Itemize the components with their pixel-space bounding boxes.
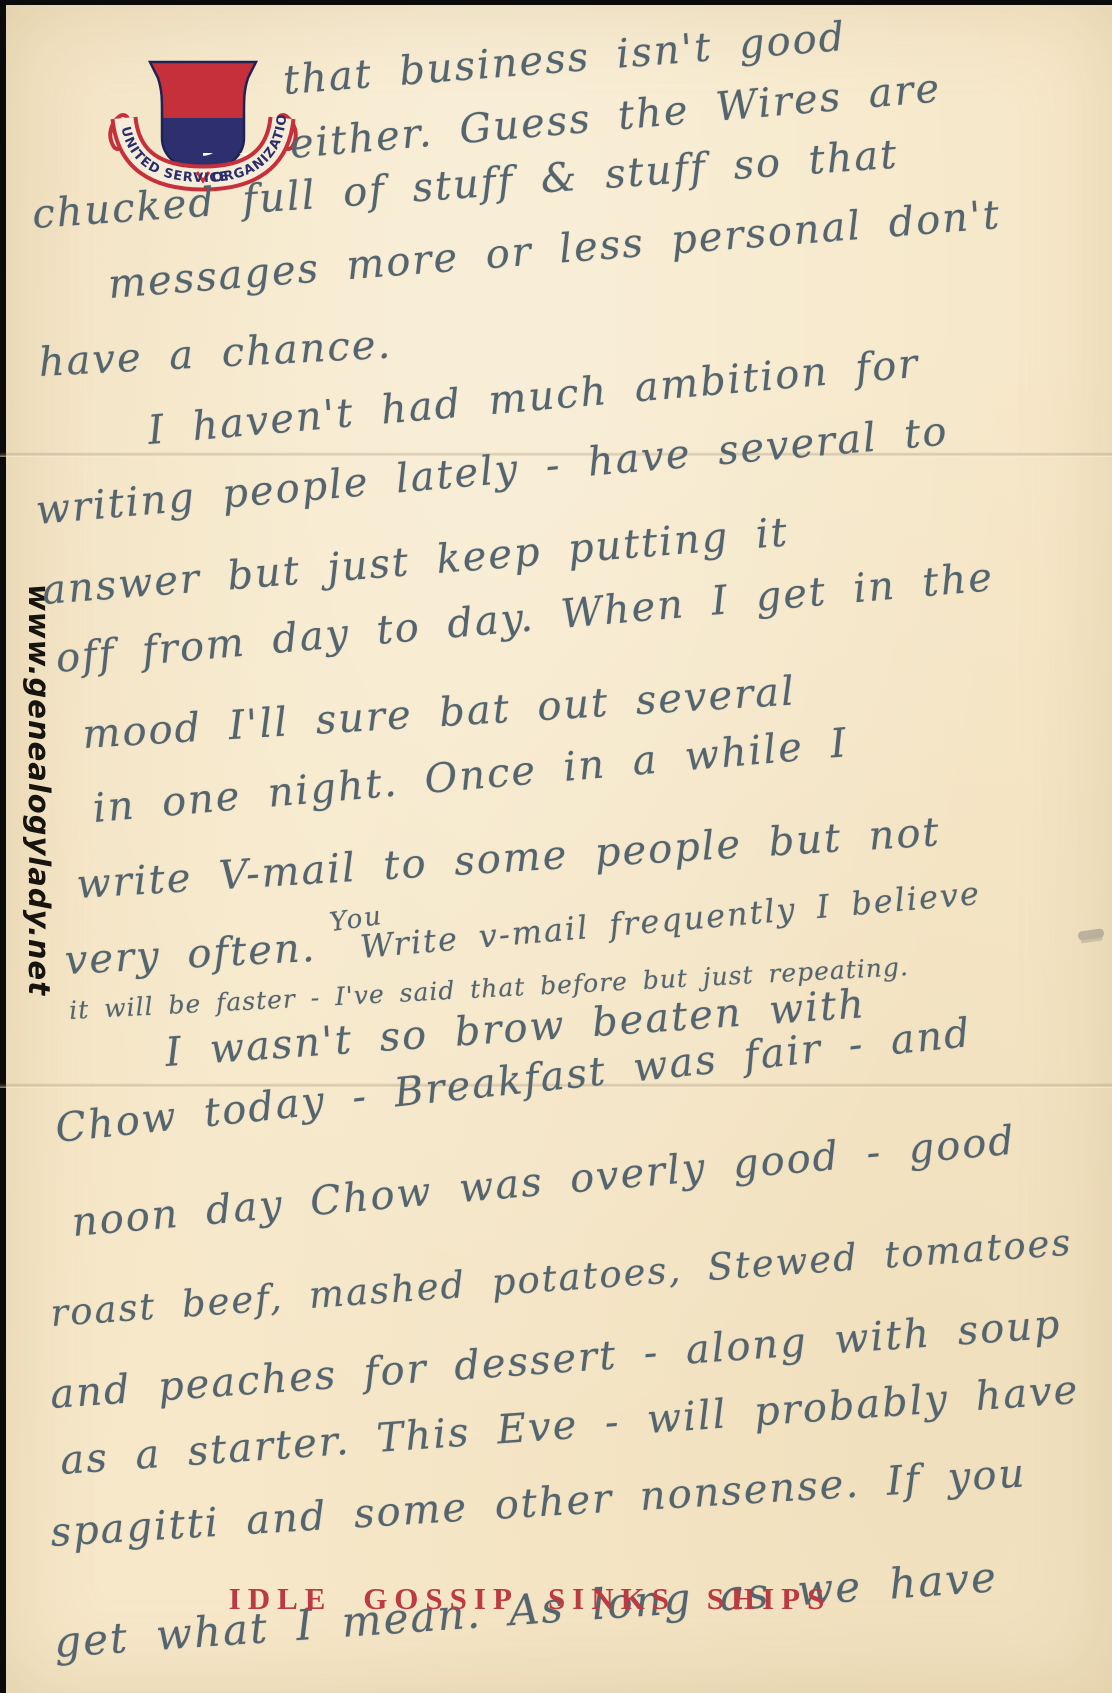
scan-edge-left	[0, 0, 6, 1693]
pencil-smudge	[1078, 928, 1105, 941]
watermark: www.genealogylady.net	[22, 584, 56, 996]
slogan: IDLE GOSSIP SINKS SHIPS	[212, 1581, 848, 1617]
letter-page: USO USO UNITED SERVICE ORGANIZATIONS www…	[0, 0, 1112, 1693]
handwritten-line: noon day Chow was overly good - good	[70, 1118, 1018, 1246]
handwritten-line: very often.	[64, 925, 318, 984]
handwritten-line: have a chance.	[38, 322, 394, 386]
scan-edge-top	[0, 0, 1112, 5]
